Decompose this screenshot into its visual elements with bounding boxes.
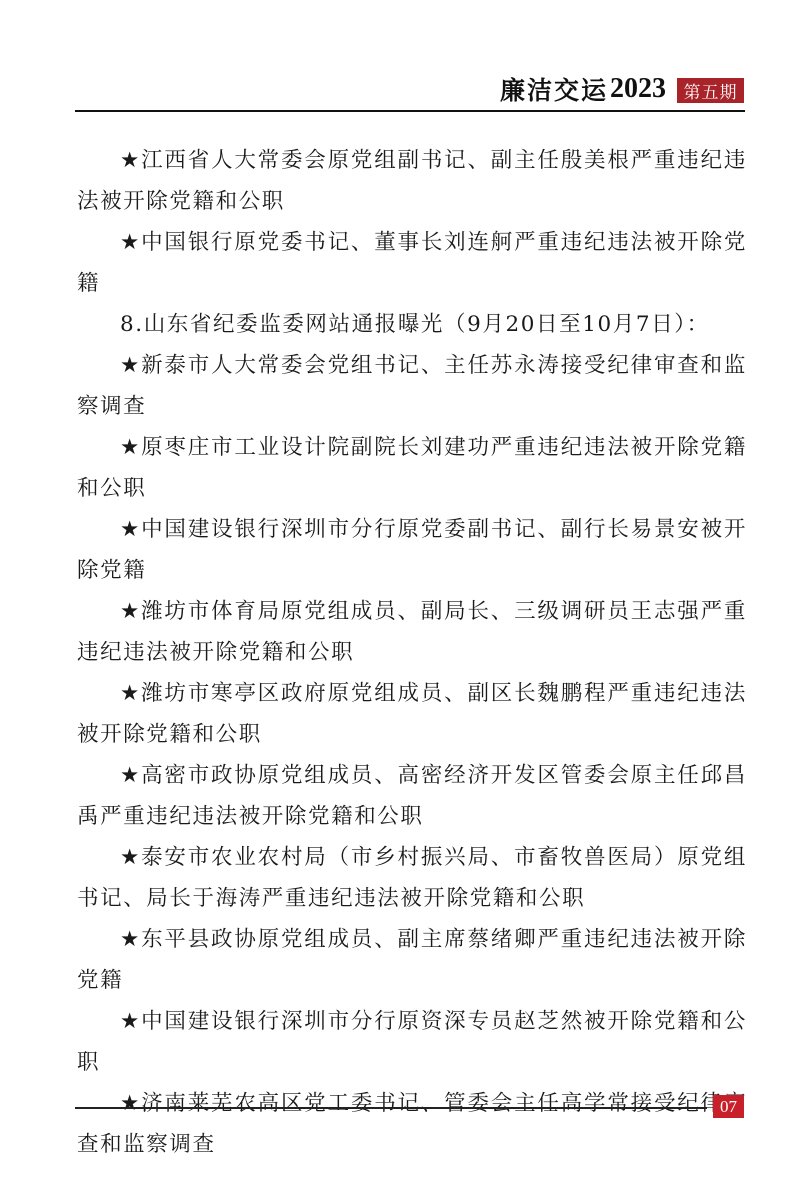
item-text: 新泰市人大常委会党组书记、主任苏永涛接受纪律审查和监察调查 (77, 353, 747, 419)
star-icon: ★ (120, 517, 141, 542)
list-item: ★原枣庄市工业设计院副院长刘建功严重违纪违法被开除党籍和公职 (77, 427, 747, 509)
star-icon: ★ (120, 148, 141, 173)
star-icon: ★ (120, 353, 141, 378)
list-item: ★中国银行原党委书记、董事长刘连舸严重违纪违法被开除党籍 (77, 222, 747, 304)
star-icon: ★ (120, 435, 141, 460)
list-item: ★江西省人大常委会原党组副书记、副主任殷美根严重违纪违法被开除党籍和公职 (77, 140, 747, 222)
list-item: ★中国建设银行深圳市分行原资深专员赵芝然被开除党籍和公职 (77, 1001, 747, 1083)
star-icon: ★ (120, 763, 141, 788)
item-text: 中国建设银行深圳市分行原党委副书记、副行长易景安被开除党籍 (77, 517, 747, 583)
list-item: ★东平县政协原党组成员、副主席蔡绪卿严重违纪违法被开除党籍 (77, 919, 747, 1001)
section-heading: 8.山东省纪委监委网站通报曝光（9月20日至10月7日）： (77, 304, 747, 345)
magazine-title: 廉洁交运 2023 (500, 72, 666, 106)
list-item: ★潍坊市体育局原党组成员、副局长、三级调研员王志强严重违纪违法被开除党籍和公职 (77, 591, 747, 673)
star-icon: ★ (120, 845, 141, 870)
footer-divider (75, 1107, 707, 1109)
star-icon: ★ (120, 927, 141, 952)
magazine-year: 2023 (610, 73, 666, 105)
heading-text: 8.山东省纪委监委网站通报曝光（9月20日至10月7日）： (120, 312, 710, 337)
list-item: ★高密市政协原党组成员、高密经济开发区管委会原主任邱昌禹严重违纪违法被开除党籍和… (77, 755, 747, 837)
page-header: 廉洁交运 2023 第五期 (0, 0, 800, 120)
item-text: 泰安市农业农村局（市乡村振兴局、市畜牧兽医局）原党组书记、局长于海涛严重违纪违法… (77, 845, 747, 911)
star-icon: ★ (120, 681, 141, 706)
item-text: 高密市政协原党组成员、高密经济开发区管委会原主任邱昌禹严重违纪违法被开除党籍和公… (77, 763, 747, 829)
star-icon: ★ (120, 599, 141, 624)
item-text: 潍坊市体育局原党组成员、副局长、三级调研员王志强严重违纪违法被开除党籍和公职 (77, 599, 747, 665)
magazine-name: 廉洁交运 (500, 71, 608, 107)
list-item: ★济南莱芜农高区党工委书记、管委会主任高学常接受纪律审查和监察调查 (77, 1083, 747, 1165)
item-text: 中国银行原党委书记、董事长刘连舸严重违纪违法被开除党籍 (77, 230, 747, 296)
star-icon: ★ (120, 1091, 141, 1116)
star-icon: ★ (120, 1009, 141, 1034)
item-text: 中国建设银行深圳市分行原资深专员赵芝然被开除党籍和公职 (77, 1009, 747, 1075)
item-text: 东平县政协原党组成员、副主席蔡绪卿严重违纪违法被开除党籍 (77, 927, 747, 993)
list-item: ★新泰市人大常委会党组书记、主任苏永涛接受纪律审查和监察调查 (77, 345, 747, 427)
list-item: ★中国建设银行深圳市分行原党委副书记、副行长易景安被开除党籍 (77, 509, 747, 591)
article-body: ★江西省人大常委会原党组副书记、副主任殷美根严重违纪违法被开除党籍和公职 ★中国… (77, 140, 747, 1165)
item-text: 济南莱芜农高区党工委书记、管委会主任高学常接受纪律审查和监察调查 (77, 1091, 747, 1157)
header-divider (75, 110, 745, 112)
list-item: ★潍坊市寒亭区政府原党组成员、副区长魏鹏程严重违纪违法被开除党籍和公职 (77, 673, 747, 755)
list-item: ★泰安市农业农村局（市乡村振兴局、市畜牧兽医局）原党组书记、局长于海涛严重违纪违… (77, 837, 747, 919)
item-text: 原枣庄市工业设计院副院长刘建功严重违纪违法被开除党籍和公职 (77, 435, 747, 501)
page-number-badge: 07 (713, 1095, 744, 1118)
star-icon: ★ (120, 230, 141, 255)
item-text: 江西省人大常委会原党组副书记、副主任殷美根严重违纪违法被开除党籍和公职 (77, 148, 747, 214)
item-text: 潍坊市寒亭区政府原党组成员、副区长魏鹏程严重违纪违法被开除党籍和公职 (77, 681, 747, 747)
issue-badge: 第五期 (677, 78, 744, 103)
